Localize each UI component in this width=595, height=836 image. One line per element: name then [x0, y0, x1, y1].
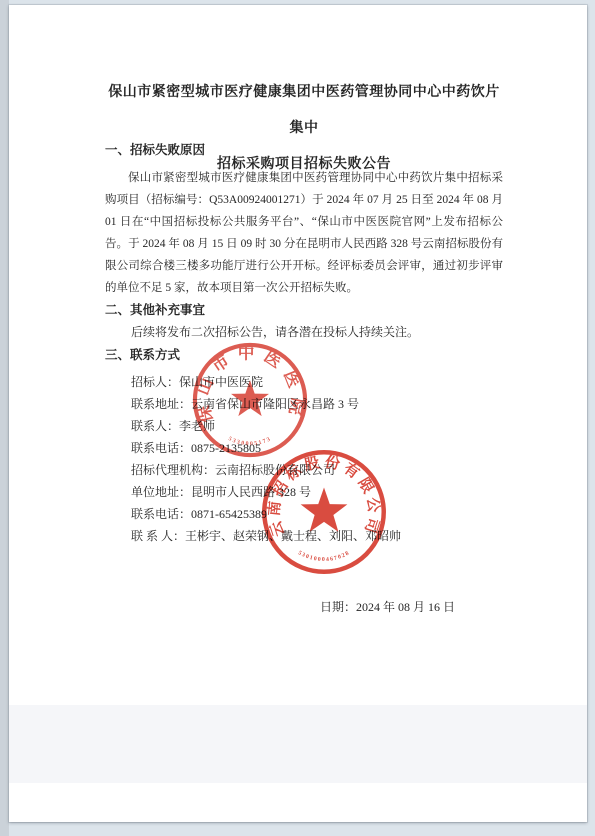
- paragraph-line: 01 日在“中国招标投标公共服务平台”、“保山市中医医院官网”上发布招标公: [105, 211, 503, 233]
- contact-line-phone: 联系电话：0875-2135805: [131, 437, 511, 459]
- paragraph-line: 告。于 2024 年 08 月 15 日 09 时 30 分在昆明市人民西路 3…: [105, 233, 503, 255]
- section2-heading: 二、其他补充事宜: [105, 299, 503, 321]
- paragraph-line: 购项目（招标编号：Q53A00924001271）于 2024 年 07 月 2…: [105, 189, 503, 211]
- contact-line-address: 联系地址：云南省保山市隆阳区永昌路 3 号: [131, 393, 511, 415]
- contact-line-agency: 招标代理机构：云南招标股份有限公司: [131, 459, 511, 481]
- paragraph-line: 的单位不足 5 家，故本项目第一次公开招标失败。: [105, 277, 503, 299]
- document-page: 保山市紧密型城市医疗健康集团中医药管理协同中心中药饮片集中 招标采购项目招标失败…: [9, 5, 587, 822]
- paragraph-line: 限公司综合楼三楼多功能厅进行公开开标。经评标委员会评审，通过初步评审: [105, 255, 503, 277]
- section1-heading: 一、招标失败原因: [105, 139, 503, 161]
- paragraph-line: 保山市紧密型城市医疗健康集团中医药管理协同中心中药饮片集中招标采: [105, 167, 503, 189]
- contact-line-agency-phone: 联系电话：0871-65425389: [131, 503, 511, 525]
- scan-background: { "document": { "title_line1": "保山市紧密型城市…: [0, 0, 595, 836]
- contact-line-person: 联系人：李老师: [131, 415, 511, 437]
- contact-line-agency-persons: 联 系 人：王彬宇、赵荣钢、戴士程、刘阳、邓昭帅: [131, 525, 511, 547]
- date-line: 日期：2024 年 08 月 16 日: [320, 596, 455, 618]
- contact-line-bidder: 招标人：保山市中医医院: [131, 371, 511, 393]
- seal-serial-text: 5301000467028: [297, 550, 351, 563]
- contact-line-agency-address: 单位地址：昆明市人民西路 328 号: [131, 481, 511, 503]
- title-line-1: 保山市紧密型城市医疗健康集团中医药管理协同中心中药饮片集中: [105, 75, 503, 147]
- section3-heading: 三、联系方式: [105, 344, 503, 366]
- section1-paragraph: 保山市紧密型城市医疗健康集团中医药管理协同中心中药饮片集中招标采 购项目（招标编…: [105, 167, 503, 299]
- contact-list: 招标人：保山市中医医院 联系地址：云南省保山市隆阳区永昌路 3 号 联系人：李老…: [131, 371, 511, 547]
- section2-body: 后续将发布二次招标公告，请各潜在投标人持续关注。: [131, 321, 503, 343]
- svg-text:5301000467028: 5301000467028: [297, 550, 351, 563]
